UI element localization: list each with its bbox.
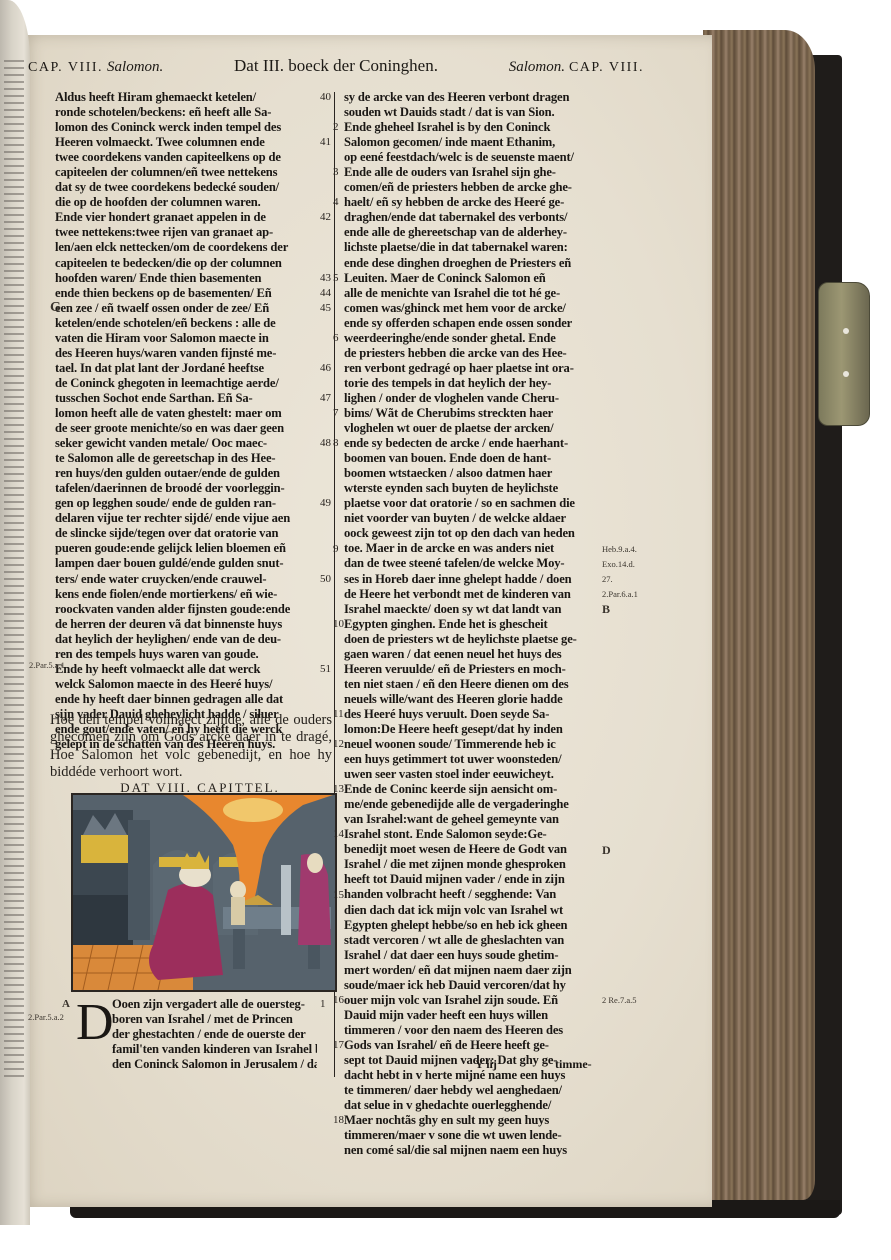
chapter-opening-text: Ooen zijn vergadert alle de ouersteg-bor… bbox=[112, 997, 317, 1072]
facing-page-text-strip bbox=[4, 718, 24, 720]
metal-clasp bbox=[818, 282, 870, 426]
facing-page-text-strip bbox=[4, 333, 24, 335]
text-line: twee nettekens:twee rijen van granaet ap… bbox=[55, 225, 317, 240]
facing-page-text-strip bbox=[4, 739, 24, 741]
running-head: CAP. VIII. Salomon. Dat III. boeck der C… bbox=[28, 56, 644, 78]
facing-page-text-strip bbox=[4, 403, 24, 405]
text-line: alle de menichte van Israhel die tot hé … bbox=[344, 286, 602, 301]
text-line: Egypten ginghen. Ende het is ghescheit bbox=[344, 617, 602, 632]
facing-page-text-strip bbox=[4, 508, 24, 510]
facing-page-text-strip bbox=[4, 599, 24, 601]
facing-page-text-strip bbox=[4, 473, 24, 475]
text-line: boomen van bouen. Ende doen de hant- bbox=[344, 451, 602, 466]
facing-page-text-strip bbox=[4, 984, 24, 986]
facing-page-text-strip bbox=[4, 424, 24, 426]
facing-page-text-strip bbox=[4, 564, 24, 566]
facing-page-text-strip bbox=[4, 571, 24, 573]
text-line: mert worden/ eñ dat mijnen naem daer zij… bbox=[344, 963, 602, 978]
text-line: Egypten ghelept hebbe/so en heb ick ghee… bbox=[344, 918, 602, 933]
text-line: welck Salomon maecte in des Heeré huys/ bbox=[55, 677, 317, 692]
facing-page-text-strip bbox=[4, 319, 24, 321]
facing-page-text-strip bbox=[4, 1068, 24, 1070]
text-line: doen de priesters wt de heylichste plaet… bbox=[344, 632, 602, 647]
verse-number: 13 bbox=[333, 783, 344, 795]
facing-page-text-strip bbox=[4, 550, 24, 552]
text-line: Salomon gecomen/ inde maent Ethanim, bbox=[344, 135, 602, 150]
verse-number: 49 bbox=[320, 497, 331, 509]
facing-page-text-strip bbox=[4, 452, 24, 454]
text-line: lighen / onder de vloghelen vande Cheru- bbox=[344, 391, 602, 406]
facing-page-text-strip bbox=[4, 298, 24, 300]
facing-page-text-strip bbox=[4, 501, 24, 503]
facing-page-text-strip bbox=[4, 487, 24, 489]
text-line: ren des tempels huys waren van goude. bbox=[55, 647, 317, 662]
facing-page-text-strip bbox=[4, 662, 24, 664]
facing-page-text-strip bbox=[4, 585, 24, 587]
text-line: dat heylich der heylighen/ ende van de d… bbox=[55, 632, 317, 647]
verse-number: 51 bbox=[320, 663, 331, 675]
text-line: Ende vier hondert granaet appelen in de bbox=[55, 210, 317, 225]
facing-page-text-strip bbox=[4, 823, 24, 825]
text-line: Israhel stont. Ende Salomon seyde:Ge- bbox=[344, 827, 602, 842]
facing-page-text-strip bbox=[4, 1033, 24, 1035]
text-line: Heeren veruulde/ eñ de Priesters en moch… bbox=[344, 662, 602, 677]
facing-page-text-strip bbox=[4, 515, 24, 517]
text-line: benedijt moet wesen de Heere de Godt van bbox=[344, 842, 602, 857]
text-line: Gods van Israhel/ eñ de Heere heeft ge- bbox=[344, 1038, 602, 1053]
facing-page-text-strip bbox=[4, 144, 24, 146]
facing-page-text-strip bbox=[4, 774, 24, 776]
facing-page-text-strip bbox=[4, 1075, 24, 1077]
verse-number: 50 bbox=[320, 573, 331, 585]
text-line: Aldus heeft Hiram ghemaeckt ketelen/ bbox=[55, 90, 317, 105]
text-line: oock geweest zijn tot op den dach van he… bbox=[344, 526, 602, 541]
facing-page-text-strip bbox=[4, 746, 24, 748]
facing-page-text-strip bbox=[4, 536, 24, 538]
facing-page-text-strip bbox=[4, 284, 24, 286]
facing-page-text-strip bbox=[4, 1012, 24, 1014]
text-line: ende hy heeft daer binnen gedragen alle … bbox=[55, 692, 317, 707]
text-line: seker gewicht vanden metale/ Ooc maec- bbox=[55, 436, 317, 451]
verse-number: 45 bbox=[320, 302, 331, 314]
facing-page-text-strip bbox=[4, 844, 24, 846]
text-line: dien dach dat ick mijn volc van Israhel … bbox=[344, 903, 602, 918]
facing-page-text-strip bbox=[4, 137, 24, 139]
facing-page-text-strip bbox=[4, 410, 24, 412]
text-line: timmeren/maer v sone die wt uwen lende- bbox=[344, 1128, 602, 1143]
facing-page-text-strip bbox=[4, 382, 24, 384]
verse-number: 14 bbox=[333, 828, 344, 840]
text-line: Israhel maeckte/ doen sy wt dat landt va… bbox=[344, 602, 602, 617]
facing-page-text-strip bbox=[4, 641, 24, 643]
text-line: soude/maer ick heb Dauid vercoren/dat hy bbox=[344, 978, 602, 993]
facing-page-text-strip bbox=[4, 207, 24, 209]
facing-page-text-strip bbox=[4, 361, 24, 363]
margin-cross-reference: 2.Par.5.a.2 bbox=[28, 1012, 64, 1023]
verse-number: 12 bbox=[333, 738, 344, 750]
running-head-right-name: Salomon. bbox=[509, 59, 565, 75]
text-line: der ghestachten / ende de ouerste der bbox=[112, 1027, 317, 1042]
verse-number: 8 bbox=[333, 437, 339, 449]
decorated-initial-letter: D bbox=[76, 997, 114, 1049]
verse-number: 41 bbox=[320, 136, 331, 148]
facing-page-text-strip bbox=[4, 795, 24, 797]
verse-number: 2 bbox=[333, 121, 339, 133]
margin-section-letter: D bbox=[602, 845, 611, 856]
facing-page-text-strip bbox=[4, 837, 24, 839]
verse-number: 47 bbox=[320, 392, 331, 404]
text-line: ses in Horeb daer inne ghelept hadde / d… bbox=[344, 572, 602, 587]
running-head-left-name: Salomon. bbox=[107, 59, 163, 75]
facing-page-text-strip bbox=[4, 879, 24, 881]
facing-page-text-strip bbox=[4, 998, 24, 1000]
text-line: hoofden waren/ Ende thien basementen bbox=[55, 271, 317, 286]
facing-page-text-strip bbox=[4, 529, 24, 531]
text-line: heeft tot Dauid mijnen vader / ende in z… bbox=[344, 872, 602, 887]
facing-page-text-strip bbox=[4, 592, 24, 594]
text-line: gen op legghen soude/ ende de gulden ran… bbox=[55, 496, 317, 511]
text-line: ters/ ende water cruycken/ende crauwel- bbox=[55, 572, 317, 587]
facing-page-text-strip bbox=[4, 326, 24, 328]
facing-page-text-strip bbox=[4, 158, 24, 160]
text-line: roockvaten vanden alder fijnsten goude:e… bbox=[55, 602, 317, 617]
text-line: ende thien beckens op de basementen/ Eñ bbox=[55, 286, 317, 301]
text-line: Leuiten. Maer de Coninck Salomon eñ bbox=[344, 271, 602, 286]
facing-page-text-strip bbox=[4, 872, 24, 874]
margin-cross-reference: 2.Par.5.a.1 bbox=[29, 660, 65, 671]
text-line: famil'ten vanden kinderen van Israhel by bbox=[112, 1042, 317, 1057]
text-line: ten niet staen / eñ den Heere dienen om … bbox=[344, 677, 602, 692]
text-line: me/ende gebenedijde alle de vergaderingh… bbox=[344, 797, 602, 812]
verse-number: 42 bbox=[320, 211, 331, 223]
facing-page-text-strip bbox=[4, 928, 24, 930]
facing-page-text-strip bbox=[4, 634, 24, 636]
verse-number: 7 bbox=[333, 407, 339, 419]
facing-page-text-strip bbox=[4, 340, 24, 342]
running-head-left-chapter: CAP. VIII. bbox=[28, 60, 103, 75]
facing-page-text-strip bbox=[4, 228, 24, 230]
facing-page-text-strip bbox=[4, 1061, 24, 1063]
facing-page-text-strip bbox=[4, 767, 24, 769]
facing-page-text-strip bbox=[4, 893, 24, 895]
facing-page-text-strip bbox=[4, 522, 24, 524]
facing-page-text-strip bbox=[4, 368, 24, 370]
verse-number: 16 bbox=[333, 994, 344, 1006]
facing-page-text-strip bbox=[4, 1005, 24, 1007]
text-line: ende dese dinghen droeghen de Priesters … bbox=[344, 256, 602, 271]
text-line: des Heeré huys veruult. Doen seyde Sa- bbox=[344, 707, 602, 722]
verse-number: 48 bbox=[320, 437, 331, 449]
text-line: boomen wtstaecken / alsoo datmen haer bbox=[344, 466, 602, 481]
text-line: Ende gheheel Israhel is by den Coninck bbox=[344, 120, 602, 135]
facing-page-text-strip bbox=[4, 781, 24, 783]
text-line: ende sy offerden schapen ende ossen sond… bbox=[344, 316, 602, 331]
text-line: van Israhel:want de geheel gemeynte van bbox=[344, 812, 602, 827]
facing-page-text-strip bbox=[4, 788, 24, 790]
text-line: ronde schotelen/beckens: eñ heeft alle S… bbox=[55, 105, 317, 120]
text-line: boren van Israhel / met de Princen bbox=[112, 1012, 317, 1027]
facing-page-text-strip bbox=[4, 431, 24, 433]
text-line: ren verbont gedragé op haer plaetse int … bbox=[344, 361, 602, 376]
text-line: wterste eynden sach buyten de heylichste bbox=[344, 481, 602, 496]
facing-page-text-strip bbox=[4, 200, 24, 202]
text-line: weerdeeringhe/ende sonder ghetal. Ende bbox=[344, 331, 602, 346]
facing-page-text-strip bbox=[4, 242, 24, 244]
verse-number: 11 bbox=[333, 708, 344, 720]
text-line: de slincke sijde/tegen over dat oratorie… bbox=[55, 526, 317, 541]
facing-page-text-strip bbox=[4, 949, 24, 951]
text-line: stadt vercoren / wt alle de gheslachten … bbox=[344, 933, 602, 948]
facing-page-text-strip bbox=[4, 1019, 24, 1021]
facing-page-text-strip bbox=[4, 620, 24, 622]
text-line: comen/eñ de priesters hebben de arcke gh… bbox=[344, 180, 602, 195]
text-line: sy de arcke van des Heeren verbont drage… bbox=[344, 90, 602, 105]
facing-page-text-strip bbox=[4, 1040, 24, 1042]
text-line: Ooen zijn vergadert alle de ouersteg- bbox=[112, 997, 317, 1012]
text-line: dan de twee steené tafelen/de welcke Moy… bbox=[344, 556, 602, 571]
facing-page-text-strip bbox=[4, 347, 24, 349]
text-line: ende sy bedecten de arcke / ende haerhan… bbox=[344, 436, 602, 451]
facing-page-text-strip bbox=[4, 102, 24, 104]
facing-page-text-strip bbox=[4, 613, 24, 615]
facing-page-text-strip bbox=[4, 606, 24, 608]
margin-section-letter: B bbox=[602, 604, 610, 615]
text-line: bims/ Wãt de Cherubims streckten haer bbox=[344, 406, 602, 421]
text-line: dat sy de twee coordekens bedecké souden… bbox=[55, 180, 317, 195]
facing-page-text-strip bbox=[4, 221, 24, 223]
text-line: de priesters hebben die arcke van des He… bbox=[344, 346, 602, 361]
facing-page-text-strip bbox=[4, 914, 24, 916]
facing-page-text-strip bbox=[4, 704, 24, 706]
facing-page-text-strip bbox=[4, 697, 24, 699]
facing-page-text-strip bbox=[4, 179, 24, 181]
facing-page-text-strip bbox=[4, 417, 24, 419]
facing-page-text-strip bbox=[4, 760, 24, 762]
margin-cross-reference: Exo.14.d. bbox=[602, 559, 635, 570]
facing-page-text-strip bbox=[4, 725, 24, 727]
facing-page-text-strip bbox=[4, 389, 24, 391]
facing-page-text-strip bbox=[4, 655, 24, 657]
facing-page-text-strip bbox=[4, 669, 24, 671]
facing-page-text-strip bbox=[4, 802, 24, 804]
text-line: die op de hoofden der columnen waren. bbox=[55, 195, 317, 210]
verse-number: 5 bbox=[333, 272, 339, 284]
clasp-rivet bbox=[843, 371, 849, 377]
facing-page-text-strip bbox=[4, 956, 24, 958]
facing-page-text-strip bbox=[4, 270, 24, 272]
facing-page-text-strip bbox=[4, 186, 24, 188]
text-line: capiteelen der columnen/eñ twee netteken… bbox=[55, 165, 317, 180]
facing-page-text-strip bbox=[4, 1054, 24, 1056]
facing-page-text-strip bbox=[4, 970, 24, 972]
facing-page-text-strip bbox=[4, 991, 24, 993]
verse-number: 44 bbox=[320, 287, 331, 299]
facing-page-text-strip bbox=[4, 67, 24, 69]
text-line: kens ende fiolen/ende mortierkens/ eñ wi… bbox=[55, 587, 317, 602]
margin-cross-reference: Heb.9.a.4. bbox=[602, 544, 637, 555]
text-line: plaetse voor dat oratorie / so en sachme… bbox=[344, 496, 602, 511]
text-line: delaren vijue ter rechter sijdé/ ende vi… bbox=[55, 511, 317, 526]
clasp-rivet bbox=[843, 328, 849, 334]
verse-number: 18 bbox=[333, 1114, 344, 1126]
text-line: te Salomon alle de gereetschap in des He… bbox=[55, 451, 317, 466]
facing-page-text-strip bbox=[4, 151, 24, 153]
facing-page-text-strip bbox=[4, 1026, 24, 1028]
text-line: Maer nochtãs ghy en sult my geen huys bbox=[344, 1113, 602, 1128]
facing-page-text-strip bbox=[4, 375, 24, 377]
text-line: dat selue in v ghedachte ouerlegghende/ bbox=[344, 1098, 602, 1113]
facing-page-text-strip bbox=[4, 676, 24, 678]
text-line: gaen waren / dat eenen neuel het huys de… bbox=[344, 647, 602, 662]
facing-page-text-strip bbox=[4, 277, 24, 279]
text-line: Heeren volmaeckt. Twee columnen ende bbox=[55, 135, 317, 150]
verse-number: 4 bbox=[333, 196, 339, 208]
text-line: draghen/ende dat tabernakel des verbonts… bbox=[344, 210, 602, 225]
text-line: neuel woonen soude/ Timmerende heb ic bbox=[344, 737, 602, 752]
text-line: Israhel / die met zijnen monde ghesproke… bbox=[344, 857, 602, 872]
facing-page-text-strip bbox=[4, 648, 24, 650]
verse-number: 10 bbox=[333, 618, 344, 630]
text-line: ende alle de ghereetschap van de alderhe… bbox=[344, 225, 602, 240]
facing-page-text-strip bbox=[4, 851, 24, 853]
right-text-column: sy de arcke van des Heeren verbont drage… bbox=[344, 90, 602, 1158]
text-line: een huys getimmert tot uwer woonsteden/ bbox=[344, 752, 602, 767]
text-line: pueren goude:ende gelijck lelien bloemen… bbox=[55, 541, 317, 556]
text-line: tafelen/daerinnen de broodé der voorlegg… bbox=[55, 481, 317, 496]
facing-page-text-strip bbox=[4, 74, 24, 76]
facing-page-text-strip bbox=[4, 438, 24, 440]
text-line: vaten die Hiram voor Salomon maecte in bbox=[55, 331, 317, 346]
text-line: len/aen elck nettecken/om de coordekens … bbox=[55, 240, 317, 255]
text-line: handen volbracht heeft / segghende: Van bbox=[344, 887, 602, 902]
facing-page-text-strip bbox=[4, 81, 24, 83]
text-line: Israhel / dat daer een huys soude ghetim… bbox=[344, 948, 602, 963]
margin-cross-reference: 2.Par.6.a.1 bbox=[602, 589, 638, 600]
catchword: timme- bbox=[555, 1057, 592, 1072]
text-line: de seer groote menichte/so en was daer g… bbox=[55, 421, 317, 436]
page-block-fore-edge bbox=[703, 30, 815, 1200]
margin-section-letter: A bbox=[62, 999, 70, 1010]
verse-number: 3 bbox=[333, 166, 339, 178]
facing-page-text-strip bbox=[4, 109, 24, 111]
facing-page-text-strip bbox=[4, 977, 24, 979]
facing-page-text-strip bbox=[4, 858, 24, 860]
verse-number: 1 bbox=[320, 998, 326, 1010]
facing-page-text-strip bbox=[4, 130, 24, 132]
facing-page-text-strip bbox=[4, 354, 24, 356]
text-line: souden wt Dauids stadt / dat is van Sion… bbox=[344, 105, 602, 120]
facing-page-text-strip bbox=[4, 578, 24, 580]
text-line: Ende alle de ouders van Israhel sijn ghe… bbox=[344, 165, 602, 180]
facing-page-text-strip bbox=[4, 683, 24, 685]
facing-page-text-strip bbox=[4, 907, 24, 909]
verse-number: 46 bbox=[320, 362, 331, 374]
facing-page-text-strip bbox=[4, 312, 24, 314]
facing-page-text-strip bbox=[4, 249, 24, 251]
facing-page-text-strip bbox=[4, 445, 24, 447]
facing-page-text-strip bbox=[4, 214, 24, 216]
facing-page-text-strip bbox=[4, 60, 24, 62]
verse-number: 40 bbox=[320, 91, 331, 103]
facing-page-text-strip bbox=[4, 123, 24, 125]
woodcut-scene-icon bbox=[73, 795, 335, 990]
text-line: lichste plaetse/die in dat tabernakel wa… bbox=[344, 240, 602, 255]
verse-number: 17 bbox=[333, 1039, 344, 1051]
text-line: te timmeren/ daer hebdy wel aenghedaen/ bbox=[344, 1083, 602, 1098]
facing-page-text-strip bbox=[4, 816, 24, 818]
facing-page-text-strip bbox=[4, 711, 24, 713]
facing-page-text-strip bbox=[4, 1047, 24, 1049]
text-line: neuels wille/want des Heeren glorie hadd… bbox=[344, 692, 602, 707]
text-line: capiteelen te bedecken/die op der column… bbox=[55, 256, 317, 271]
facing-page-text-strip bbox=[4, 235, 24, 237]
facing-page-text-strip bbox=[4, 305, 24, 307]
facing-page-text-strip bbox=[4, 256, 24, 258]
facing-page-text-strip bbox=[4, 193, 24, 195]
text-line: een zee / eñ twaelf ossen onder de zee/ … bbox=[55, 301, 317, 316]
text-line: Ende de Coninc keerde sijn aensicht om- bbox=[344, 782, 602, 797]
text-line: tael. In dat plat lant der Jordané heeft… bbox=[55, 361, 317, 376]
text-line: ren huys/den gulden outaer/ende de gulde… bbox=[55, 466, 317, 481]
text-line: lomon:De Heere heeft gesept/dat hy inden bbox=[344, 722, 602, 737]
facing-page-text-strip bbox=[4, 95, 24, 97]
margin-cross-reference: 2 Re.7.a.5 bbox=[602, 995, 636, 1006]
text-line: Dauid mijn vader heeft een huys willen bbox=[344, 1008, 602, 1023]
facing-page-text-strip bbox=[4, 480, 24, 482]
text-line: ouer mijn volc van Israhel zijn soude. E… bbox=[344, 993, 602, 1008]
text-line: Ende hy heeft volmaeckt alle dat werck bbox=[55, 662, 317, 677]
facing-page-text-strip bbox=[4, 865, 24, 867]
text-line: ketelen/ende schotelen/eñ beckens : alle… bbox=[55, 316, 317, 331]
text-line: de Coninck ghegoten in leemachtige aerde… bbox=[55, 376, 317, 391]
text-line: comen was/ghinck met hem voor de arcke/ bbox=[344, 301, 602, 316]
signature-mark: Y iij bbox=[475, 1057, 497, 1072]
verse-number: 15 bbox=[333, 889, 344, 901]
facing-page-text-strip bbox=[4, 935, 24, 937]
facing-page-text-strip bbox=[4, 732, 24, 734]
facing-page-text-strip bbox=[4, 116, 24, 118]
text-line: haelt/ eñ sy hebben de arcke des Heeré g… bbox=[344, 195, 602, 210]
hand-colored-woodcut-illustration bbox=[71, 793, 337, 992]
text-line: tusschen Sochot ende Sarthan. Eñ Sa- bbox=[55, 391, 317, 406]
running-head-title: Dat III. boeck der Coninghen. bbox=[234, 56, 438, 76]
facing-page-text-strip bbox=[4, 921, 24, 923]
facing-page-text-strip bbox=[4, 963, 24, 965]
facing-page-text-strip bbox=[4, 466, 24, 468]
facing-page-text-strip bbox=[4, 88, 24, 90]
margin-cross-reference: 27. bbox=[602, 574, 613, 585]
verse-number: 43 bbox=[320, 272, 331, 284]
facing-page-text-strip bbox=[4, 172, 24, 174]
verse-number: 6 bbox=[333, 332, 339, 344]
text-line: lomon heeft alle de vaten ghestelt: maer… bbox=[55, 406, 317, 421]
facing-page-text-strip bbox=[4, 886, 24, 888]
facing-page-text-strip bbox=[4, 809, 24, 811]
facing-page-edge bbox=[0, 0, 30, 1225]
facing-page-text-strip bbox=[4, 494, 24, 496]
text-line: op eené feestdach/welc is de seuenste ma… bbox=[344, 150, 602, 165]
text-line: vloghelen wt ouer de plaetse der arcken/ bbox=[344, 421, 602, 436]
facing-page-text-strip bbox=[4, 690, 24, 692]
text-line: de herren der deuren vã dat binnenste hu… bbox=[55, 617, 317, 632]
facing-page-text-strip bbox=[4, 830, 24, 832]
facing-page-text-strip bbox=[4, 165, 24, 167]
running-head-right-chapter: CAP. VIII. bbox=[569, 60, 644, 75]
verse-number: 9 bbox=[333, 543, 339, 555]
text-line: timmeren / voor den naem des Heeren des bbox=[344, 1023, 602, 1038]
text-line: uwen seer vasten stoel inder eeuwicheyt. bbox=[344, 767, 602, 782]
facing-page-text-strip bbox=[4, 753, 24, 755]
